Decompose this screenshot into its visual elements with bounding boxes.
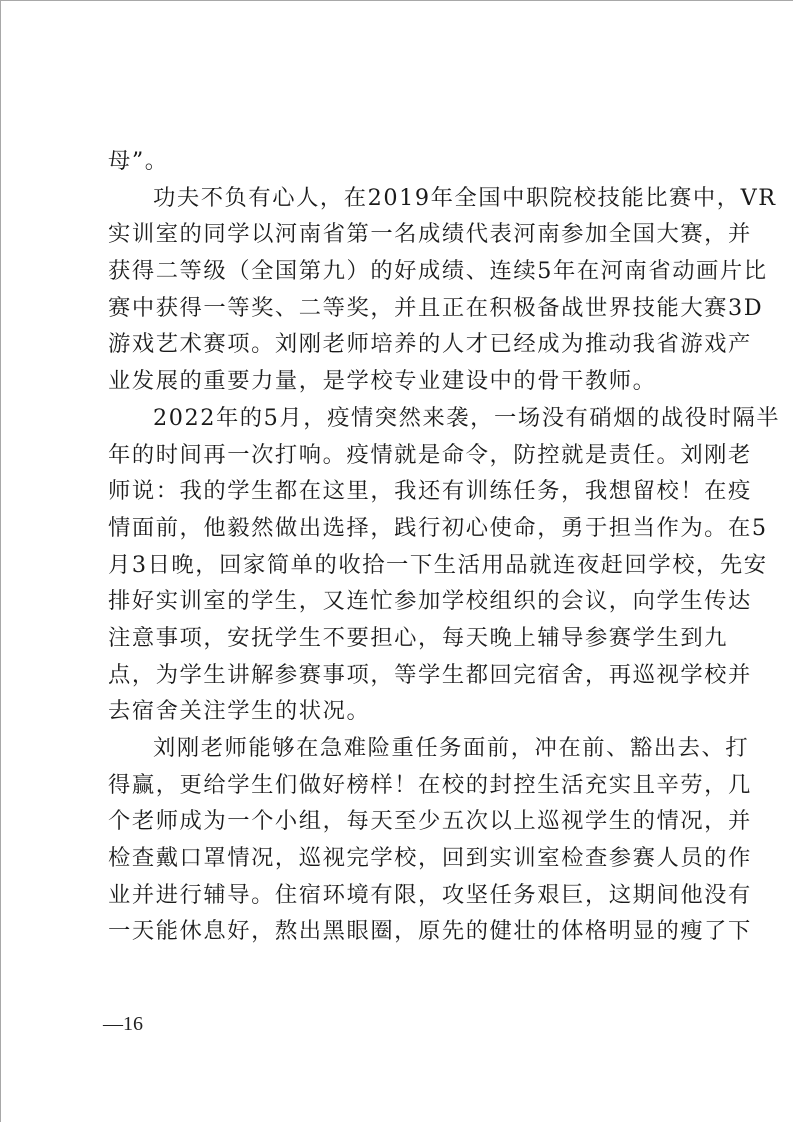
text-line: 刘刚老师能够在急难险重任务面前，冲在前、豁出去、打 [108,730,688,767]
text-line: 获得二等级（全国第九）的好成绩、连续5年在河南省动画片比 [108,253,688,290]
text-line: 游戏艺术赛项。刘刚老师培养的人才已经成为推动我省游戏产 [108,326,688,363]
document-page: 母”。 功夫不负有心人，在2019年全国中职院校技能比赛中，VR 实训室的同学以… [0,0,793,1122]
text-line: 去宿舍关注学生的状况。 [108,693,688,730]
text-line: 实训室的同学以河南省第一名成绩代表河南参加全国大赛，并 [108,216,688,253]
text-line: 排好实训室的学生，又连忙参加学校组织的会议，向学生传达 [108,583,688,620]
text-line: 月3日晚，回家简单的收拾一下生活用品就连夜赶回学校，先安 [108,547,688,584]
text-line: 业发展的重要力量，是学校专业建设中的骨干教师。 [108,363,688,400]
text-line: 年的时间再一次打响。疫情就是命令，防控就是责任。刘刚老 [108,437,688,474]
text-line: 点，为学生讲解参赛事项，等学生都回完宿舍，再巡视学校并 [108,657,688,694]
text-line: 师说：我的学生都在这里，我还有训练任务，我想留校！在疫 [108,473,688,510]
page-number: —16 [103,1013,143,1036]
text-line: 得赢，更给学生们做好榜样！在校的封控生活充实且辛劳，几 [108,767,688,804]
body-text: 母”。 功夫不负有心人，在2019年全国中职院校技能比赛中，VR 实训室的同学以… [108,143,688,950]
text-line: 功夫不负有心人，在2019年全国中职院校技能比赛中，VR [108,180,688,217]
text-line: 个老师成为一个小组，每天至少五次以上巡视学生的情况，并 [108,803,688,840]
text-line: 检查戴口罩情况，巡视完学校，回到实训室检查参赛人员的作 [108,840,688,877]
text-line: 母”。 [108,143,688,180]
text-line: 注意事项，安抚学生不要担心，每天晚上辅导参赛学生到九 [108,620,688,657]
text-line: 2022年的5月，疫情突然来袭，一场没有硝烟的战役时隔半 [108,400,688,437]
text-line: 业并进行辅导。住宿环境有限，攻坚任务艰巨，这期间他没有 [108,877,688,914]
text-line: 一天能休息好，熬出黑眼圈，原先的健壮的体格明显的瘦了下 [108,913,688,950]
text-line: 情面前，他毅然做出选择，践行初心使命，勇于担当作为。在5 [108,510,688,547]
text-line: 赛中获得一等奖、二等奖，并且正在积极备战世界技能大赛3D [108,290,688,327]
